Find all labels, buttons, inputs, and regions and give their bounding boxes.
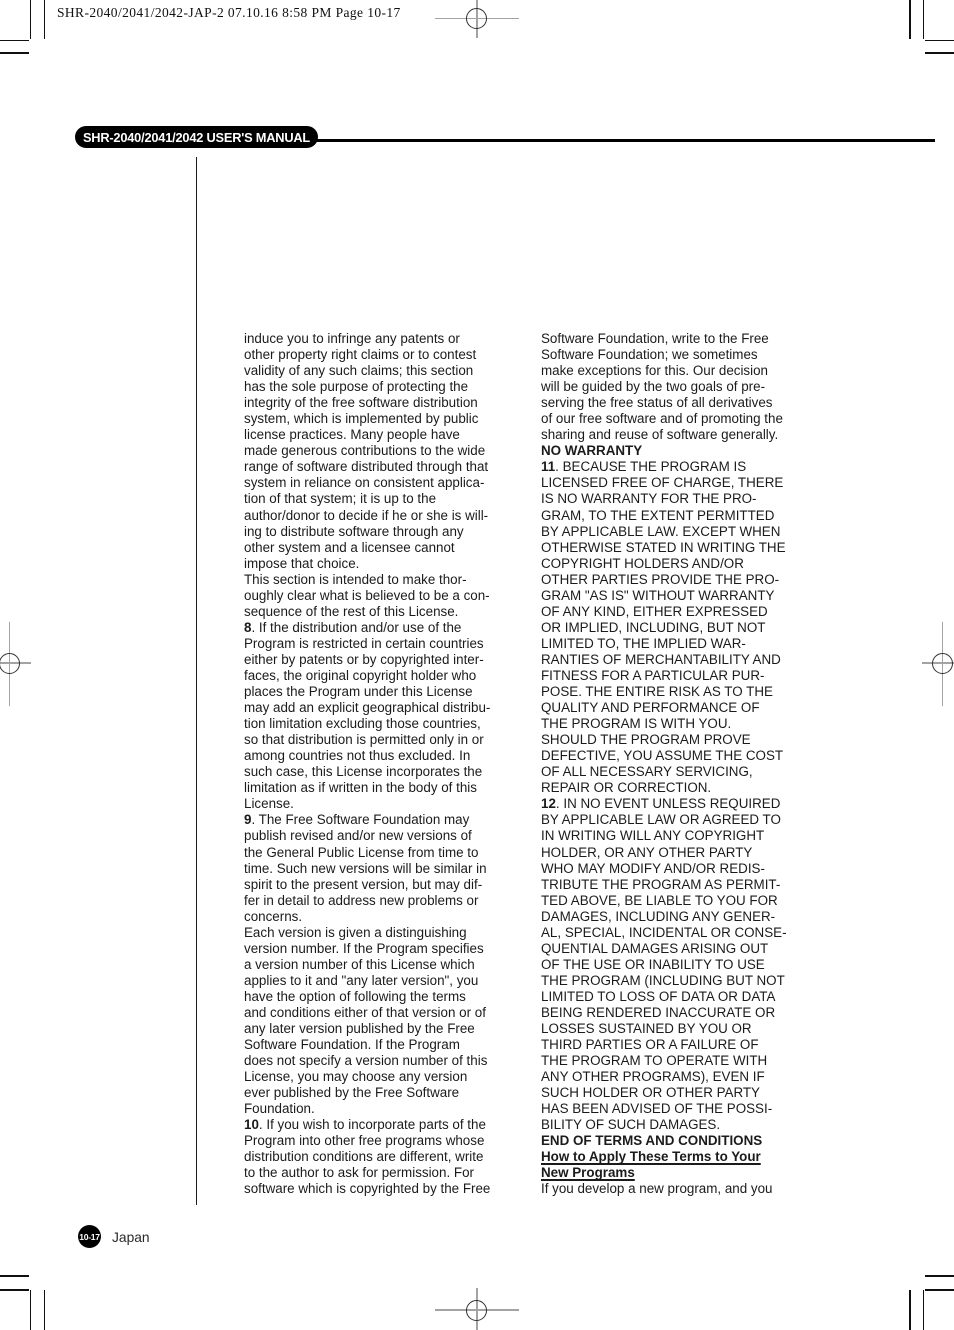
license-text-line: License, you may choose any version (244, 1069, 536, 1085)
license-text-line: BILITY OF SUCH DAMAGES. (541, 1117, 833, 1133)
license-text-line: integrity of the free software distribut… (244, 395, 536, 411)
license-text-line: ever published by the Free Software (244, 1085, 536, 1101)
license-text-line: system in reliance on consistent applica… (244, 475, 536, 491)
license-text-line: REPAIR OR CORRECTION. (541, 780, 833, 796)
license-text-line: How to Apply These Terms to Your (541, 1149, 833, 1165)
license-text-line: Program is restricted in certain countri… (244, 636, 536, 652)
license-text-line: POSE. THE ENTIRE RISK AS TO THE (541, 684, 833, 700)
license-text-line: license practices. Many people have (244, 427, 536, 443)
license-text-line: OTHERWISE STATED IN WRITING THE (541, 540, 833, 556)
license-text-line: will be guided by the two goals of pre- (541, 379, 833, 395)
license-text-line: Program into other free programs whose (244, 1133, 536, 1149)
license-text-line: 11. BECAUSE THE PROGRAM IS (541, 459, 833, 475)
license-text-line: LIMITED TO, THE IMPLIED WAR- (541, 636, 833, 652)
license-text-line: THE PROGRAM TO OPERATE WITH (541, 1053, 833, 1069)
license-text-line: publish revised and/or new versions of (244, 828, 536, 844)
license-text-line: License. (244, 796, 536, 812)
license-text-line: ANY OTHER PROGRAMS), EVEN IF (541, 1069, 833, 1085)
license-text-line: 10. If you wish to incorporate parts of … (244, 1117, 536, 1133)
license-text-line: may add an explicit geographical distrib… (244, 700, 536, 716)
license-text-line: of our free software and of promoting th… (541, 411, 833, 427)
license-text-line: Foundation. (244, 1101, 536, 1117)
page-number-badge: 10-17 (78, 1225, 101, 1248)
license-text-line: so that distribution is permitted only i… (244, 732, 536, 748)
license-text-line: serving the free status of all derivativ… (541, 395, 833, 411)
license-text-line: DAMAGES, INCLUDING ANY GENER- (541, 909, 833, 925)
license-text-line: software which is copyrighted by the Fre… (244, 1181, 536, 1197)
license-text-line: This section is intended to make thor- (244, 572, 536, 588)
license-text-line: QUENTIAL DAMAGES ARISING OUT (541, 941, 833, 957)
license-text-line: THIRD PARTIES OR A FAILURE OF (541, 1037, 833, 1053)
license-text-line: 12. IN NO EVENT UNLESS REQUIRED (541, 796, 833, 812)
manual-title-label: SHR-2040/2041/2042 USER'S MANUAL (83, 130, 310, 145)
license-text-line: GRAM, TO THE EXTENT PERMITTED (541, 508, 833, 524)
license-text-line: GRAM "AS IS" WITHOUT WARRANTY (541, 588, 833, 604)
license-text-line: author/donor to decide if he or she is w… (244, 508, 536, 524)
license-text-line: induce you to infringe any patents or (244, 331, 536, 347)
license-text-line: AL, SPECIAL, INCIDENTAL OR CONSE- (541, 925, 833, 941)
license-text-line: has the sole purpose of protecting the (244, 379, 536, 395)
manual-scanned-page: SHR-2040/2041/2042-JAP-2 07.10.16 8:58 P… (0, 0, 954, 1330)
license-text-line: BY APPLICABLE LAW OR AGREED TO (541, 812, 833, 828)
license-text-line: LICENSED FREE OF CHARGE, THERE (541, 475, 833, 491)
license-text-line: 8. If the distribution and/or use of the (244, 620, 536, 636)
license-text-line: tion of that system; it is up to the (244, 491, 536, 507)
license-text-line: made generous contributions to the wide (244, 443, 536, 459)
license-text-line: to the author to ask for permission. For (244, 1165, 536, 1181)
license-text-line: SUCH HOLDER OR OTHER PARTY (541, 1085, 833, 1101)
license-text-line: time. Such new versions will be similar … (244, 861, 536, 877)
license-text-line: New Programs (541, 1165, 833, 1181)
license-text-line: concerns. (244, 909, 536, 925)
license-column-left: induce you to infringe any patents oroth… (244, 331, 536, 1198)
license-text-line: such case, this License incorporates the (244, 764, 536, 780)
license-text-line: applies to it and "any later version", y… (244, 973, 536, 989)
license-text-line: SHOULD THE PROGRAM PROVE (541, 732, 833, 748)
license-column-right: Software Foundation, write to the FreeSo… (541, 331, 833, 1198)
header-rule (300, 139, 935, 142)
license-text-line: HOLDER, OR ANY OTHER PARTY (541, 845, 833, 861)
license-text-line: Software Foundation. If the Program (244, 1037, 536, 1053)
license-text-line: WHO MAY MODIFY AND/OR REDIS- (541, 861, 833, 877)
license-text-line: the General Public License from time to (244, 845, 536, 861)
license-text-line: Software Foundation, write to the Free (541, 331, 833, 347)
license-text-line: OF THE USE OR INABILITY TO USE (541, 957, 833, 973)
license-text-line: OTHER PARTIES PROVIDE THE PRO- (541, 572, 833, 588)
license-text-line: LIMITED TO LOSS OF DATA OR DATA (541, 989, 833, 1005)
license-text-line: OR IMPLIED, INCLUDING, BUT NOT (541, 620, 833, 636)
license-text-line: either by patents or by copyrighted inte… (244, 652, 536, 668)
license-text-line: and conditions either of that version or… (244, 1005, 536, 1021)
license-text-line: END OF TERMS AND CONDITIONS (541, 1133, 833, 1149)
license-text-line: oughly clear what is believed to be a co… (244, 588, 536, 604)
license-text-line: have the option of following the terms (244, 989, 536, 1005)
license-text-line: range of software distributed through th… (244, 459, 536, 475)
license-text-line: version number. If the Program specifies (244, 941, 536, 957)
license-text-line: limitation as if written in the body of … (244, 780, 536, 796)
license-text-line: If you develop a new program, and you (541, 1181, 833, 1197)
license-text-line: faces, the original copyright holder who (244, 668, 536, 684)
license-text-line: DEFECTIVE, YOU ASSUME THE COST (541, 748, 833, 764)
license-text-line: sequence of the rest of this License. (244, 604, 536, 620)
license-text-line: does not specify a version number of thi… (244, 1053, 536, 1069)
manual-title-badge: SHR-2040/2041/2042 USER'S MANUAL (75, 126, 318, 148)
license-text-line: impose that choice. (244, 556, 536, 572)
license-text-line: BEING RENDERED INACCURATE OR (541, 1005, 833, 1021)
license-text-line: Each version is given a distinguishing (244, 925, 536, 941)
license-text-line: make exceptions for this. Our decision (541, 363, 833, 379)
license-text-line: NO WARRANTY (541, 443, 833, 459)
license-text-line: IS NO WARRANTY FOR THE PRO- (541, 491, 833, 507)
license-text-line: OF ANY KIND, EITHER EXPRESSED (541, 604, 833, 620)
license-text-line: other property right claims or to contes… (244, 347, 536, 363)
license-text-line: IN WRITING WILL ANY COPYRIGHT (541, 828, 833, 844)
license-text-line: validity of any such claims; this sectio… (244, 363, 536, 379)
license-text-line: a version number of this License which (244, 957, 536, 973)
license-text-line: distribution conditions are different, w… (244, 1149, 536, 1165)
license-text-line: THE PROGRAM IS WITH YOU. (541, 716, 833, 732)
license-text-line: sharing and reuse of software generally. (541, 427, 833, 443)
license-text-line: OF ALL NECESSARY SERVICING, (541, 764, 833, 780)
license-text-line: THE PROGRAM (INCLUDING BUT NOT (541, 973, 833, 989)
license-text-line: other system and a licensee cannot (244, 540, 536, 556)
license-text-line: TRIBUTE THE PROGRAM AS PERMIT- (541, 877, 833, 893)
license-text-line: system, which is implemented by public (244, 411, 536, 427)
region-label: Japan (112, 1230, 150, 1245)
license-text-line: Software Foundation; we sometimes (541, 347, 833, 363)
license-text-line: RANTIES OF MERCHANTABILITY AND (541, 652, 833, 668)
license-text-line: HAS BEEN ADVISED OF THE POSSI- (541, 1101, 833, 1117)
license-text-line: fer in detail to address new problems or (244, 893, 536, 909)
license-text-line: COPYRIGHT HOLDERS AND/OR (541, 556, 833, 572)
license-text-line: FITNESS FOR A PARTICULAR PUR- (541, 668, 833, 684)
license-text-line: places the Program under this License (244, 684, 536, 700)
license-text-line: LOSSES SUSTAINED BY YOU OR (541, 1021, 833, 1037)
license-text-line: QUALITY AND PERFORMANCE OF (541, 700, 833, 716)
license-text-line: BY APPLICABLE LAW. EXCEPT WHEN (541, 524, 833, 540)
print-registration-text: SHR-2040/2041/2042-JAP-2 07.10.16 8:58 P… (57, 5, 401, 21)
license-text-line: among countries not thus excluded. In (244, 748, 536, 764)
content-left-rule (196, 157, 197, 1205)
license-text-line: spirit to the present version, but may d… (244, 877, 536, 893)
license-text-line: ing to distribute software through any (244, 524, 536, 540)
license-text-line: tion limitation excluding those countrie… (244, 716, 536, 732)
license-text-line: any later version published by the Free (244, 1021, 536, 1037)
license-text-line: TED ABOVE, BE LIABLE TO YOU FOR (541, 893, 833, 909)
license-text-line: 9. The Free Software Foundation may (244, 812, 536, 828)
